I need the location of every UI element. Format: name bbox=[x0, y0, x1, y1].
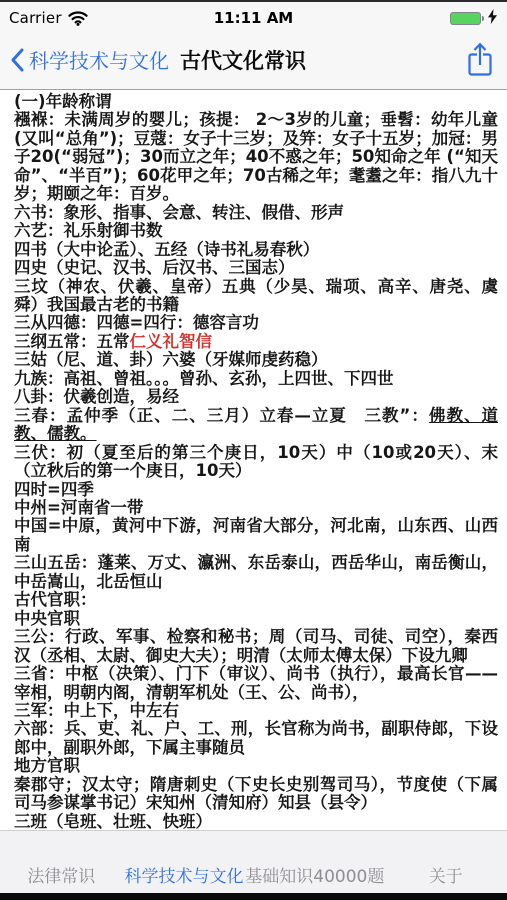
top-chrome: Carrier 11:11 AM bbox=[0, 2, 507, 90]
back-button[interactable]: 科学技术与文化 bbox=[10, 45, 169, 74]
paragraph: 四书（大中论孟）、五经（诗书礼易春秋） bbox=[14, 241, 498, 259]
text-segment: 中州=河南省一带 bbox=[14, 498, 143, 517]
text-segment: 三坟（神农、伏羲、皇帝）五典（少昊、瑞项、高辛、唐尧、虞舜）我国最古老的书籍 bbox=[14, 277, 498, 314]
paragraph: 六艺：礼乐射御书数 bbox=[14, 222, 498, 240]
back-button-label: 科学技术与文化 bbox=[29, 45, 169, 74]
paragraph: 中国=中原，黄河中下游，河南省大部分，河北南，山东西、山西南 bbox=[14, 517, 498, 554]
text-segment: 古代官职： bbox=[14, 590, 97, 609]
text-segment: 中央官职 bbox=[14, 609, 80, 628]
text-segment: 四史（史记、汉书、后汉书、三国志） bbox=[14, 258, 295, 277]
paragraph: 六部：兵、吏、礼、户、工、刑，长官称为尚书，副职侍郎，下设郎中，副职外郎，下属主… bbox=[14, 720, 498, 757]
share-icon bbox=[465, 41, 495, 79]
text-segment: 三纲五常：五常 bbox=[14, 332, 130, 351]
text-segment: 襁褓：未满周岁的婴儿；孩提： 2～3岁的儿童；垂髫：幼年儿童(又叫“总角”)；豆… bbox=[14, 110, 498, 203]
wifi-icon bbox=[68, 11, 88, 26]
article-scroll-area[interactable]: (一)年龄称谓襁褓：未满周岁的婴儿；孩提： 2～3岁的儿童；垂髫：幼年儿童(又叫… bbox=[0, 91, 507, 832]
text-segment: 六书：象形、指事、会意、转注、假借、形声 bbox=[14, 203, 344, 222]
text-segment: (一)年龄称谓 bbox=[14, 92, 112, 111]
paragraph: 秦郡守；汉太守；隋唐刺史（下史长史别驾司马），节度使（下属司马参谋掌书记）宋知州… bbox=[14, 776, 498, 813]
tab-basic-questions[interactable]: 基础知识40000题 bbox=[245, 862, 384, 887]
paragraph: 中央官职 bbox=[14, 610, 498, 628]
paragraph: 三公：行政、军事、检察和秘书；周（司马、司徒、司空），秦西汉（丞相、太尉、御史大… bbox=[14, 628, 498, 665]
navigation-bar: 科学技术与文化 古代文化常识 bbox=[0, 34, 507, 89]
carrier-label: Carrier bbox=[9, 9, 62, 27]
app-screen: Carrier 11:11 AM bbox=[0, 0, 507, 900]
text-segment: 三省：中枢（决策）、门下（审议）、尚书（执行），最高长官——宰相，明朝内阁，清朝… bbox=[14, 664, 498, 701]
paragraph: (一)年龄称谓 bbox=[14, 93, 498, 111]
text-segment: 八卦：伏羲创造，易经 bbox=[14, 387, 179, 406]
text-segment: 四时=四季 bbox=[14, 480, 94, 499]
device-bottom-bezel bbox=[0, 893, 507, 900]
paragraph: 九族：高祖、曾祖。。。曾孙、玄孙，上四世、下四世 bbox=[14, 370, 498, 388]
text-segment: 三军：中上下，中左右 bbox=[14, 701, 179, 720]
text-segment: 四书（大中论孟）、五经（诗书礼易春秋） bbox=[14, 240, 319, 259]
paragraph: 中州=河南省一带 bbox=[14, 499, 498, 517]
text-segment: 地方官职 bbox=[14, 756, 80, 775]
tab-legal-knowledge[interactable]: 法律常识 bbox=[0, 862, 123, 887]
text-segment: 仁义礼智信 bbox=[130, 332, 213, 351]
paragraph: 古代官职： bbox=[14, 591, 498, 609]
content-text: (一)年龄称谓襁褓：未满周岁的婴儿；孩提： 2～3岁的儿童；垂髫：幼年儿童(又叫… bbox=[14, 93, 498, 832]
paragraph: 六书：象形、指事、会意、转注、假借、形声 bbox=[14, 204, 498, 222]
text-segment: 三班（皂班、壮班、快班） bbox=[14, 812, 212, 831]
paragraph: 八卦：伏羲创造，易经 bbox=[14, 388, 498, 406]
paragraph: 三坟（神农、伏羲、皇帝）五典（少昊、瑞项、高辛、唐尧、虞舜）我国最古老的书籍 bbox=[14, 278, 498, 315]
text-segment: 三伏：初（夏至后的第三个庚日，10天）中（10或20天）、末（立秋后的第一个庚日… bbox=[14, 443, 498, 480]
paragraph: 三纲五常：五常仁义礼智信 bbox=[14, 333, 498, 351]
paragraph: 地方官职 bbox=[14, 757, 498, 775]
paragraph: 三姑（尼、道、卦）六婆（牙媒师虔药稳） bbox=[14, 351, 498, 369]
text-segment: 秦郡守；汉太守；隋唐刺史（下史长史别驾司马），节度使（下属司马参谋掌书记）宋知州… bbox=[14, 775, 498, 812]
text-segment: 六艺：礼乐射御书数 bbox=[14, 221, 163, 240]
paragraph: 三山五岳：蓬莱、万丈、瀛洲、东岳泰山，西岳华山，南岳衡山，中岳嵩山，北岳恒山 bbox=[14, 554, 498, 591]
paragraph: 三班（皂班、壮班、快班） bbox=[14, 813, 498, 831]
tab-science-culture[interactable]: 科学技术与文化 bbox=[123, 862, 246, 887]
paragraph: 三春：孟仲季（正、二、三月）立春—立夏 三教”：佛教、道教、儒教。 bbox=[14, 407, 498, 444]
paragraph: 三从四德：四德=四行：德容言功 bbox=[14, 314, 498, 332]
text-segment: 三山五岳：蓬莱、万丈、瀛洲、东岳泰山，西岳华山，南岳衡山，中岳嵩山，北岳恒山 bbox=[14, 553, 498, 590]
text-segment: 六部：兵、吏、礼、户、工、刑，长官称为尚书，副职侍郎，下设郎中，副职外郎，下属主… bbox=[14, 719, 498, 756]
status-right bbox=[450, 9, 499, 28]
text-segment: 三姑（尼、道、卦）六婆（牙媒师虔药稳） bbox=[14, 350, 328, 369]
tab-bar: 法律常识科学技术与文化基础知识40000题关于 bbox=[0, 830, 507, 893]
paragraph: 三省：中枢（决策）、门下（审议）、尚书（执行），最高长官——宰相，明朝内阁，清朝… bbox=[14, 665, 498, 702]
text-segment: 九族：高祖、曾祖。。。曾孙、玄孙，上四世、下四世 bbox=[14, 369, 394, 388]
paragraph: 三军：中上下，中左右 bbox=[14, 702, 498, 720]
page-title: 古代文化常识 bbox=[180, 45, 306, 75]
battery-icon bbox=[450, 12, 485, 25]
paragraph: 四时=四季 bbox=[14, 481, 498, 499]
text-segment: 中国=中原，黄河中下游，河南省大部分，河北南，山东西、山西南 bbox=[14, 516, 498, 553]
share-button[interactable] bbox=[465, 41, 495, 79]
chevron-left-icon bbox=[10, 48, 24, 72]
paragraph: 四史（史记、汉书、后汉书、三国志） bbox=[14, 259, 498, 277]
text-segment: 三从四德：四德=四行：德容言功 bbox=[14, 313, 259, 332]
charging-bolt-icon bbox=[487, 9, 498, 28]
paragraph: 襁褓：未满周岁的婴儿；孩提： 2～3岁的儿童；垂髫：幼年儿童(又叫“总角”)；豆… bbox=[14, 111, 498, 203]
text-segment: 三公：行政、军事、检察和秘书；周（司马、司徒、司空），秦西汉（丞相、太尉、御史大… bbox=[14, 627, 498, 664]
tab-about[interactable]: 关于 bbox=[384, 862, 507, 887]
text-segment: 三春：孟仲季（正、二、三月）立春—立夏 三教”： bbox=[14, 406, 429, 425]
paragraph: 三伏：初（夏至后的第三个庚日，10天）中（10或20天）、末（立秋后的第一个庚日… bbox=[14, 444, 498, 481]
status-bar: Carrier 11:11 AM bbox=[0, 2, 507, 34]
